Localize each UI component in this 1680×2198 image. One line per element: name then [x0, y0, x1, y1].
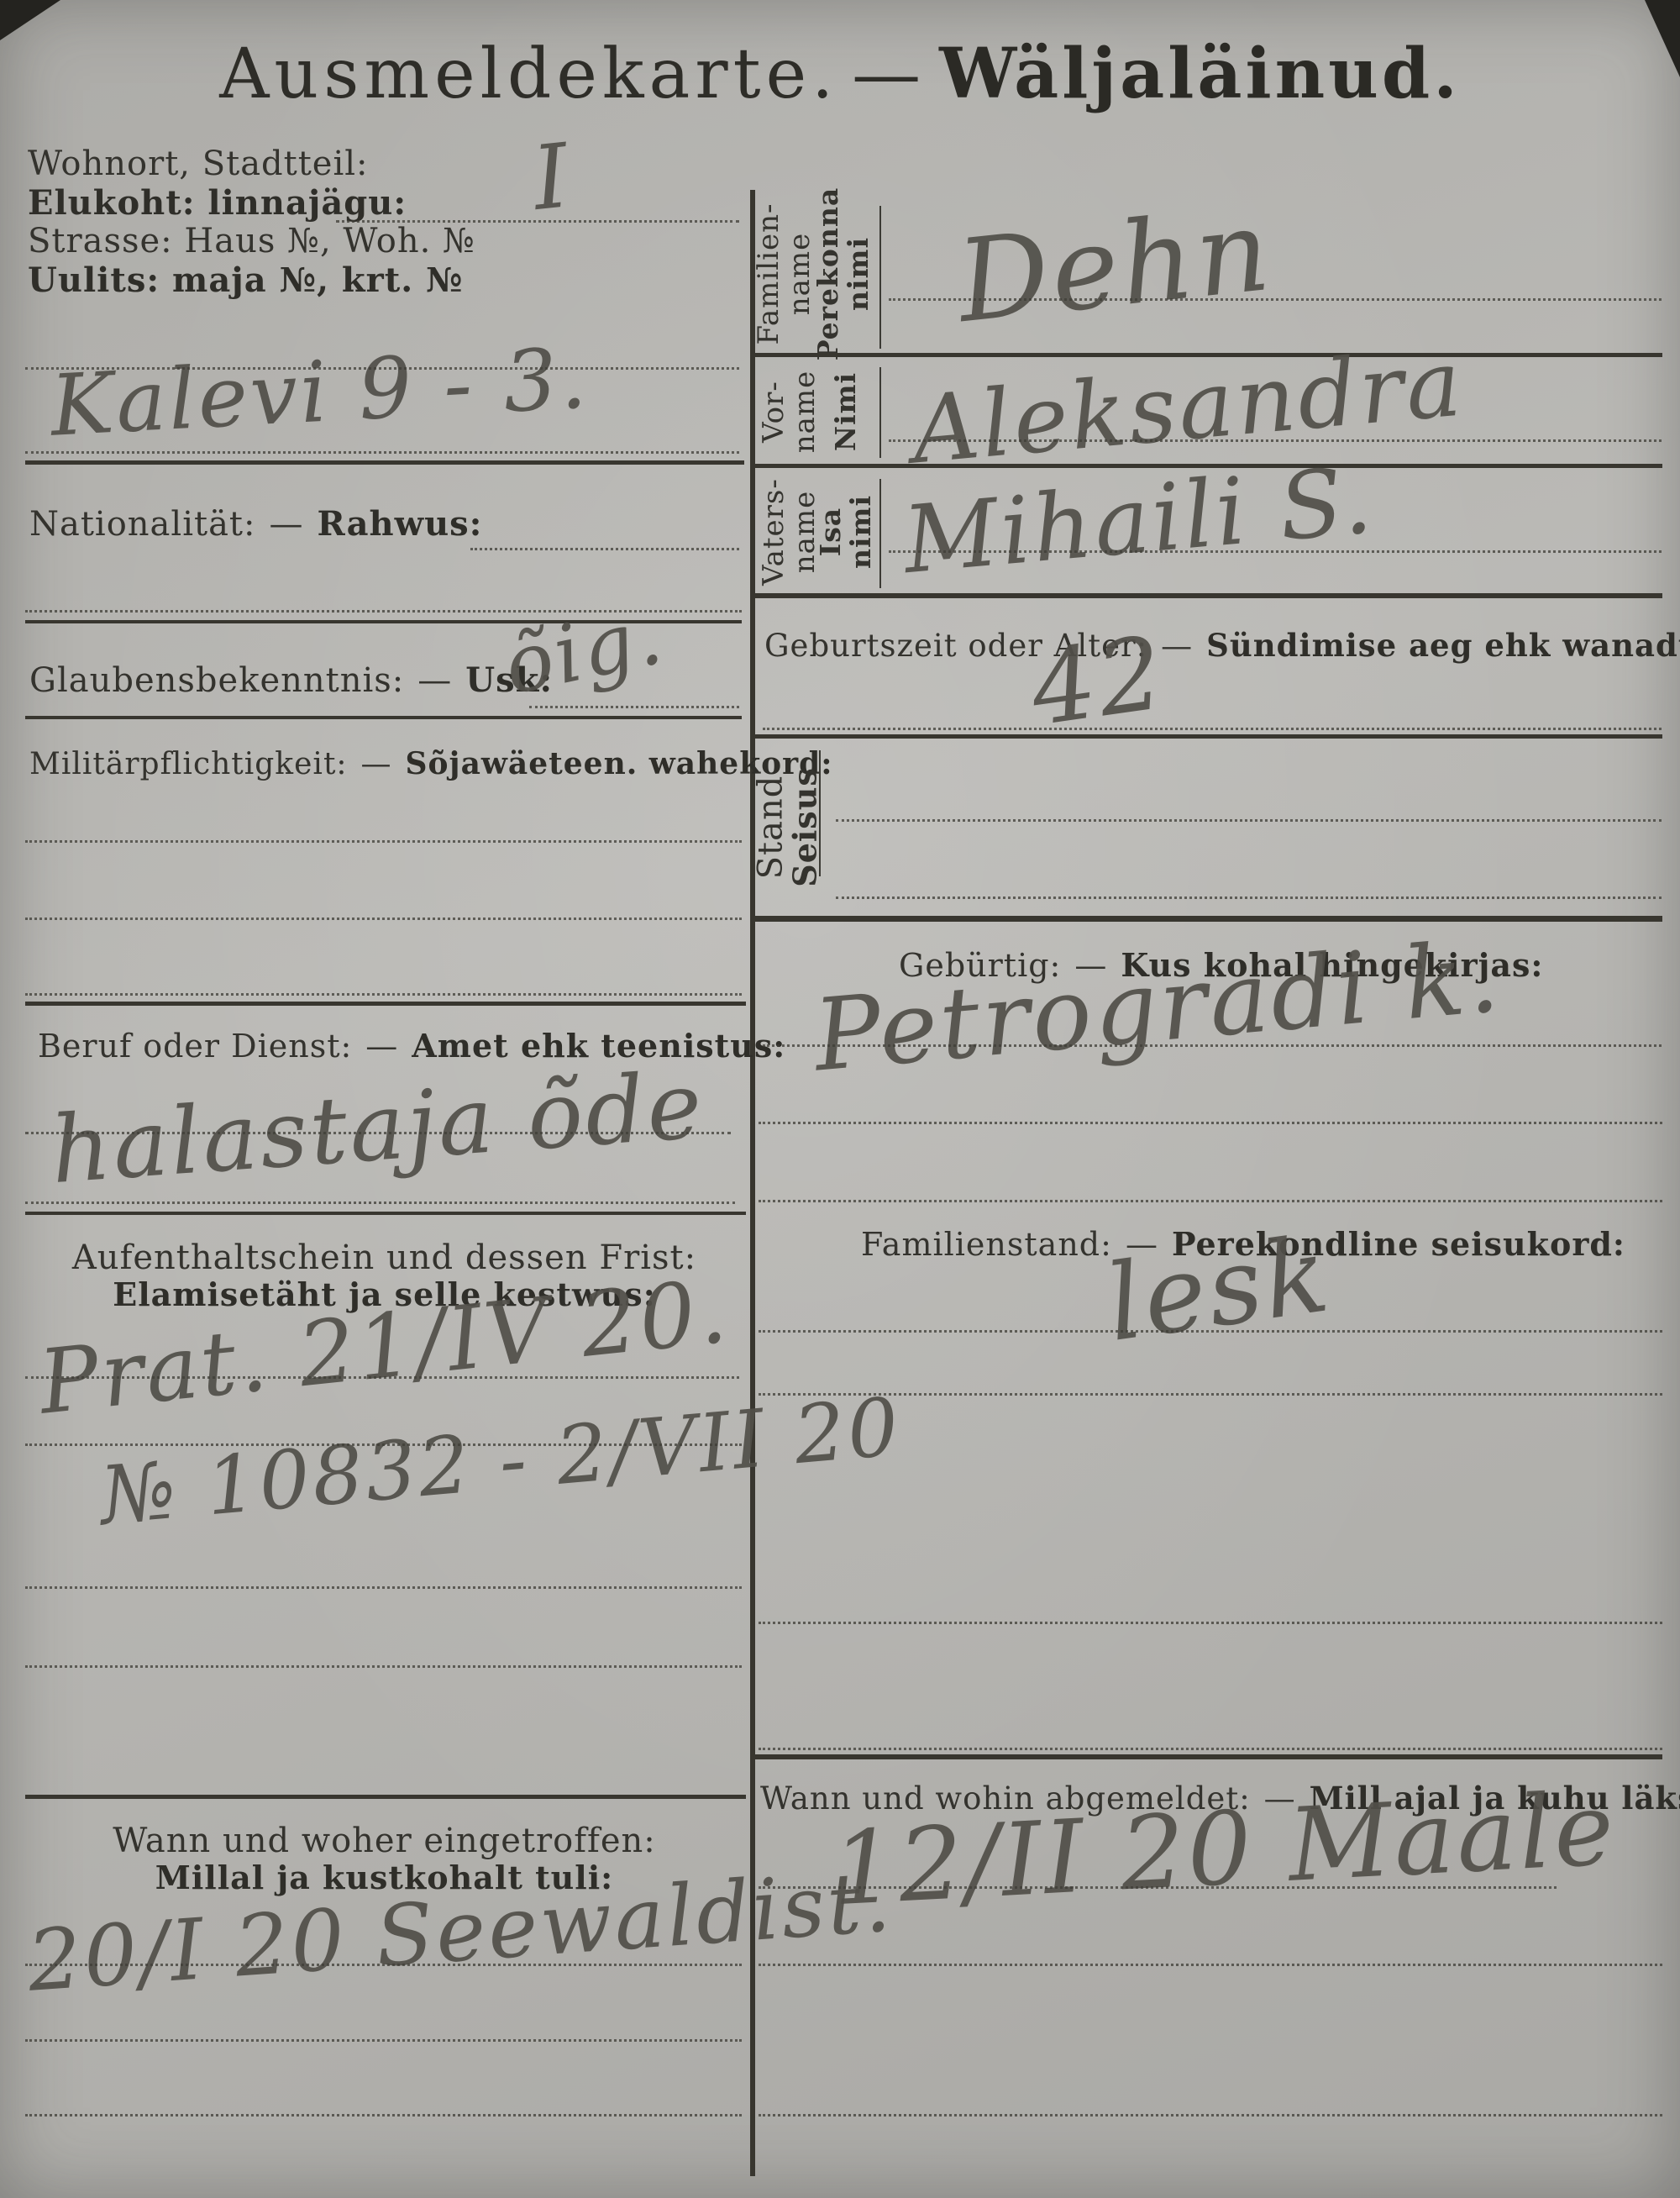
label-separator-line [879, 479, 881, 588]
dotted-rule [25, 1964, 742, 1966]
family-name-handwritten-value: Dehn [952, 184, 1278, 348]
marital-label-de: Familienstand: [861, 1226, 1112, 1263]
solid-rule [755, 593, 1662, 598]
dotted-rule [25, 840, 742, 843]
dotted-rule [889, 550, 1662, 553]
nationality-label-de: Nationalität: [29, 505, 255, 544]
dotted-rule [25, 2039, 742, 2042]
first-name-label-et: Nimi [816, 361, 875, 462]
dotted-rule [759, 1748, 1662, 1750]
origin-handwritten-value: Petrogradi k. [810, 918, 1506, 1094]
father-name-label-et: Isa nimi [816, 473, 875, 591]
dotted-rule [25, 1586, 742, 1589]
occupation-handwritten-value: halastaja õde [47, 1051, 707, 1204]
dotted-rule [889, 439, 1662, 442]
title-dash: — [852, 34, 926, 114]
dotted-rule [836, 819, 1662, 822]
solid-rule [25, 460, 744, 465]
birth-label-et: Sündimise aeg ehk wanadus: [1206, 627, 1680, 664]
solid-rule [25, 1212, 746, 1215]
dash: — [417, 661, 452, 700]
dotted-rule [25, 1665, 742, 1668]
dotted-rule [470, 548, 739, 550]
estate-label-de: Stand [753, 756, 790, 899]
street-handwritten-value: Kalevi 9 - 3. [48, 329, 591, 455]
solid-rule [755, 734, 1662, 739]
dotted-rule [889, 298, 1662, 301]
scan-corner-top-right [1645, 0, 1680, 77]
first-name-label-de: Vor-name [760, 361, 819, 462]
dotted-rule [25, 2114, 742, 2116]
label-separator-line [819, 750, 821, 876]
dotted-rule [25, 1443, 742, 1446]
dotted-rule [763, 728, 1662, 730]
dotted-rule [25, 918, 742, 920]
dotted-rule [759, 1964, 1662, 1966]
family-name-label-et: Perekonna nimi [815, 197, 872, 351]
religion-handwritten-value: õig. [496, 589, 672, 713]
dotted-rule [25, 993, 742, 996]
dotted-rule [836, 897, 1662, 899]
label-separator-line [879, 206, 881, 349]
religion-label: Glaubensbekenntnis:—Usk: [29, 660, 553, 700]
dotted-rule [763, 1044, 1662, 1047]
dotted-rule [25, 451, 739, 454]
page-title-estonian: Wäljaläinud. [939, 34, 1461, 114]
page-title-german: Ausmeldekarte. [219, 34, 838, 114]
nationality-label: Nationalität:—Rahwus: [29, 504, 482, 544]
solid-rule [25, 1795, 746, 1799]
uulits-label: Uulits: maja №, krt. № [28, 260, 464, 300]
military-label-de: Militärpflichtigkeit: [29, 747, 348, 781]
military-label: Militärpflichtigkeit:—Sõjawäeteen. wahek… [29, 746, 833, 781]
dotted-rule [529, 706, 739, 708]
solid-rule [25, 716, 742, 719]
dotted-rule [759, 1122, 1662, 1124]
solid-rule [755, 1754, 1662, 1759]
dotted-rule [759, 2114, 1662, 2116]
dotted-rule [759, 1200, 1662, 1202]
family-name-label-de: Familien-name [756, 197, 813, 351]
dash: — [365, 1028, 398, 1065]
dotted-rule [25, 1132, 731, 1134]
dotted-rule [759, 1330, 1662, 1333]
dash: — [361, 747, 392, 781]
dash: — [1161, 628, 1193, 664]
nationality-label-et: Rahwus: [317, 504, 482, 544]
dotted-rule [25, 1202, 735, 1204]
arrival-label-de: Wann und woher eingetroffen: [25, 1822, 743, 1860]
birth-label: Geburtszeit oder Alter:—Sündimise aeg eh… [764, 627, 1680, 664]
page-title: Ausmeldekarte.—Wäljaläinud. [118, 34, 1562, 114]
scan-corner-top-left [0, 0, 60, 40]
dash: — [269, 505, 303, 544]
dotted-rule [25, 367, 739, 370]
label-separator-line [879, 367, 881, 458]
father-name-label-de: Vaters-name [760, 473, 819, 591]
wohnort-label: Wohnort, Stadtteil: [28, 145, 369, 183]
ausmeldekarte-document: Ausmeldekarte.—Wäljaläinud. Wohnort, Sta… [0, 0, 1680, 2198]
strasse-label: Strasse: Haus №, Woh. № [28, 222, 475, 260]
dotted-rule [759, 1393, 1662, 1396]
dotted-rule [759, 1886, 1557, 1889]
solid-rule [25, 1002, 746, 1006]
dotted-rule [759, 1622, 1662, 1624]
solid-rule [755, 916, 1662, 922]
religion-label-de: Glaubensbekenntnis: [29, 661, 404, 700]
district-handwritten-value: I [528, 124, 576, 230]
occupation-label-de: Beruf oder Dienst: [38, 1028, 352, 1065]
estate-label-et: Seisus [786, 756, 824, 899]
elukoht-label: Elukoht: linnajägu: [28, 183, 407, 223]
dotted-rule [25, 1376, 739, 1379]
